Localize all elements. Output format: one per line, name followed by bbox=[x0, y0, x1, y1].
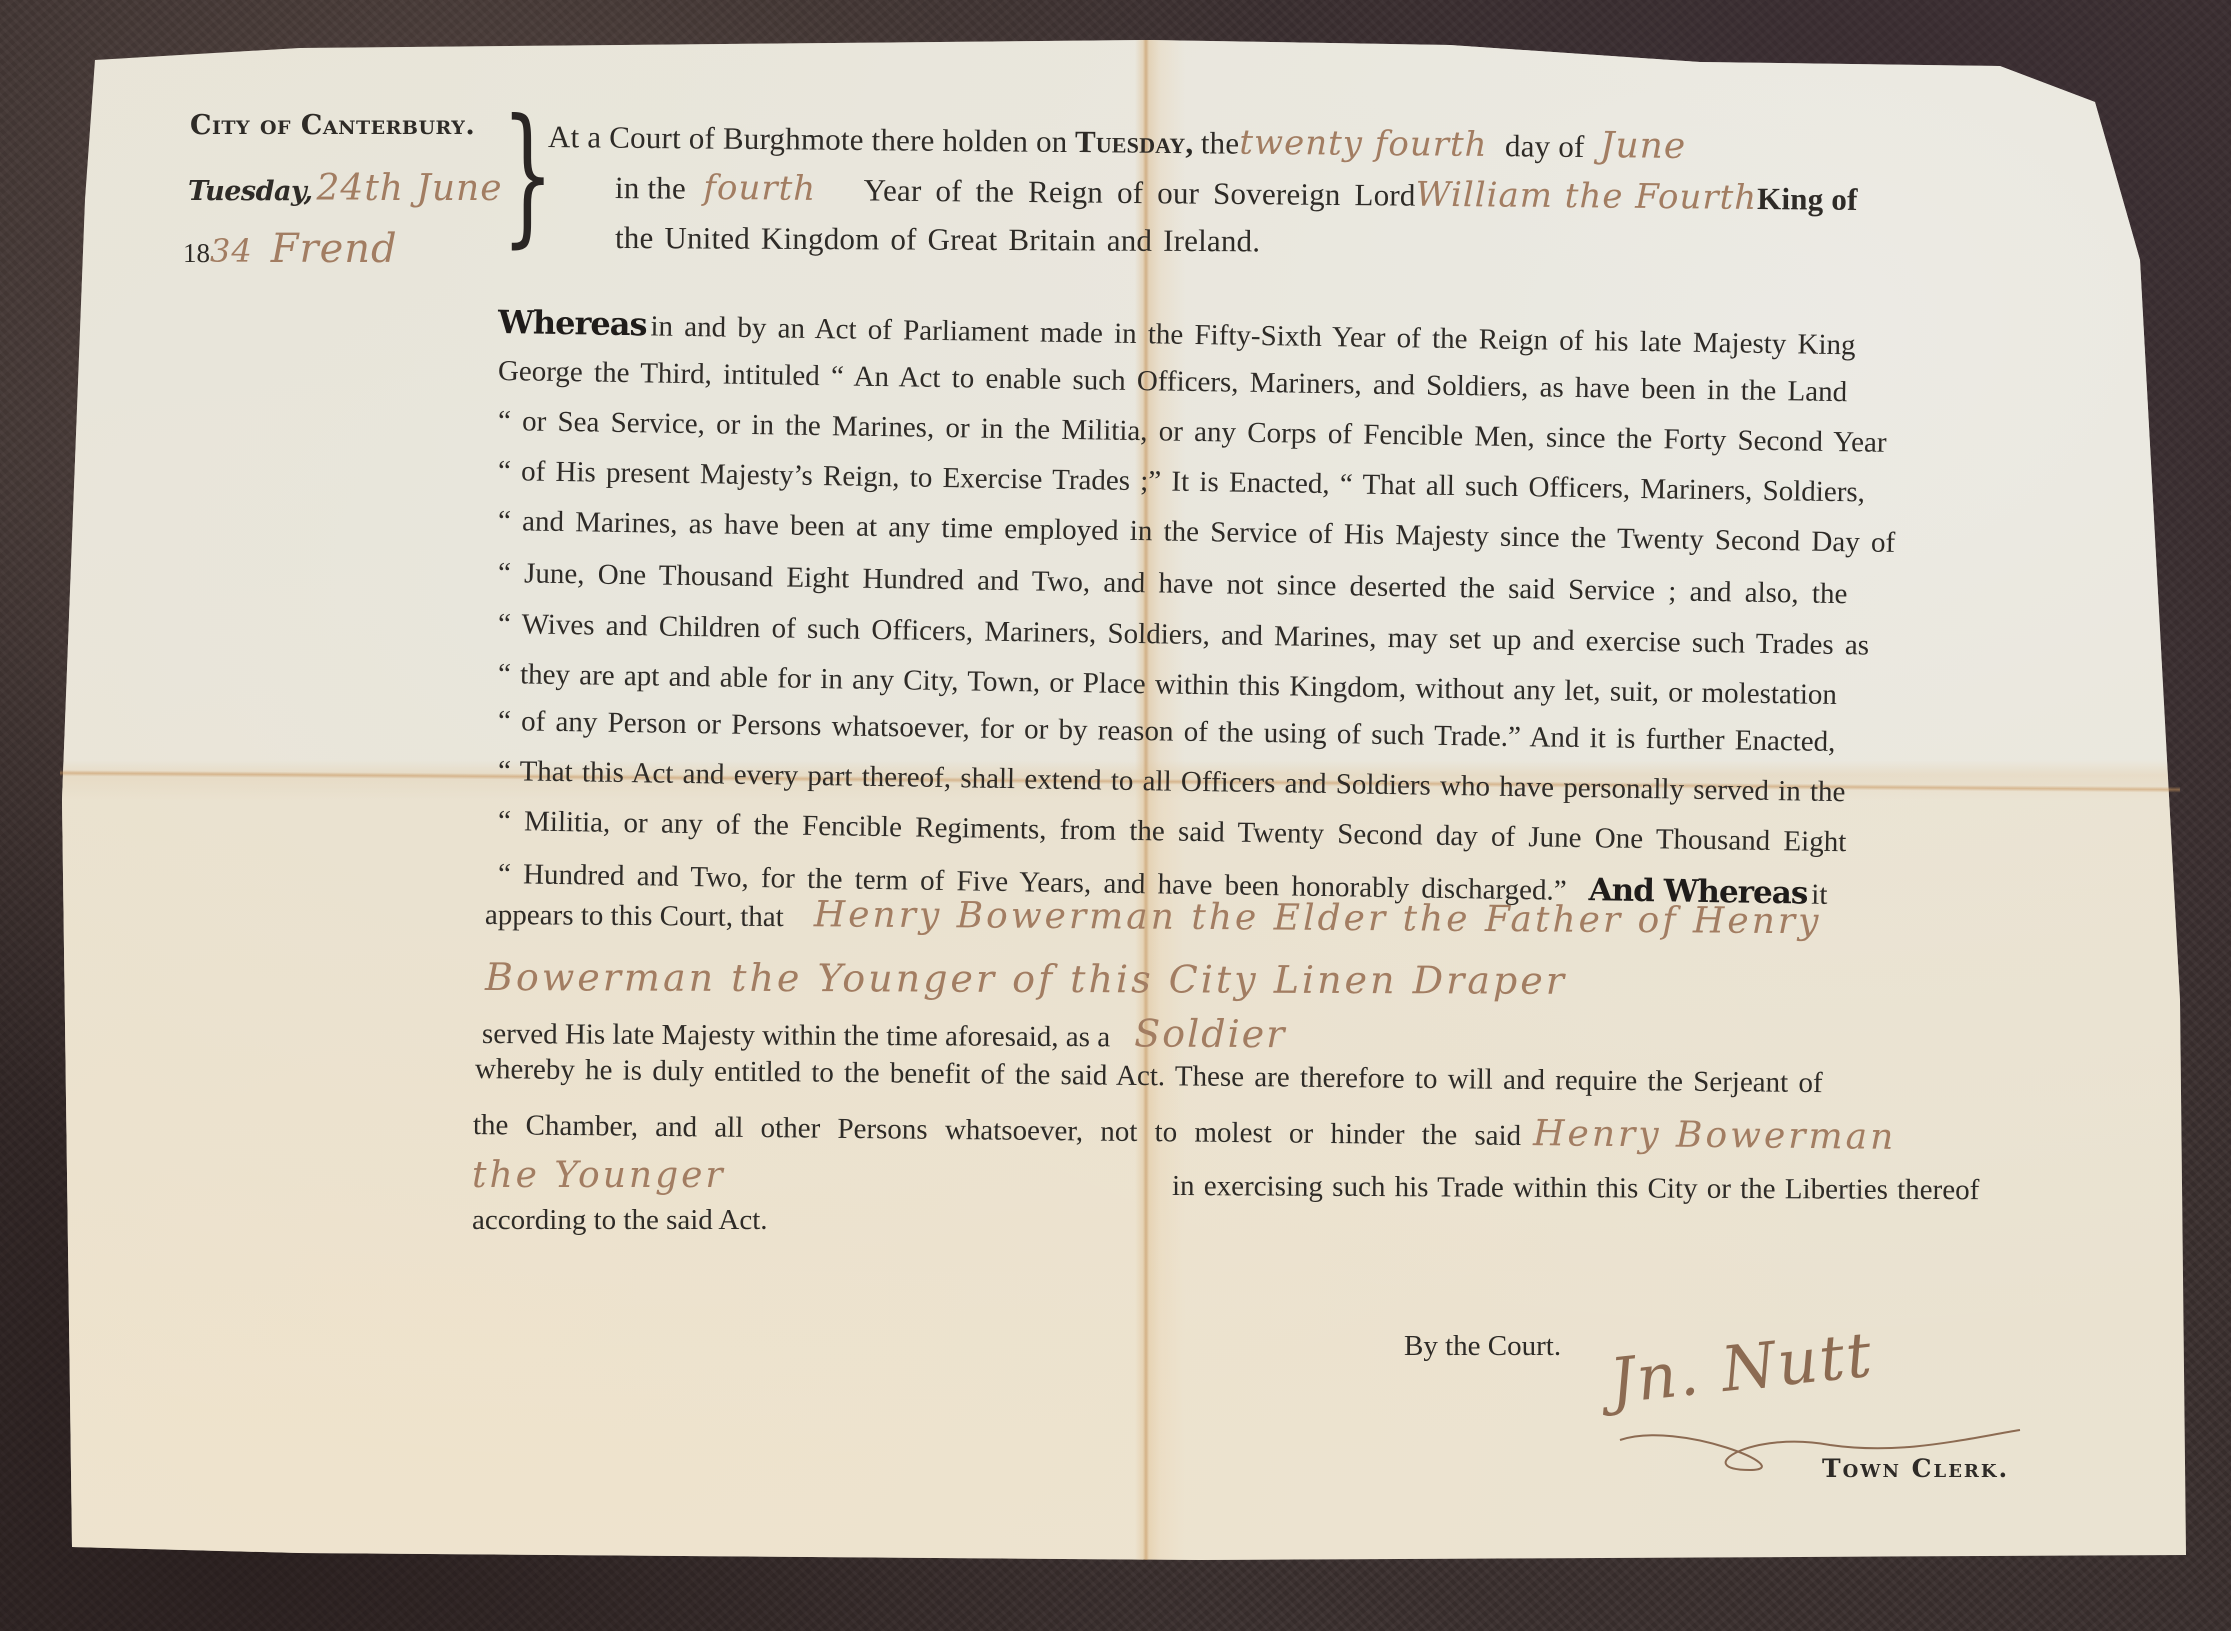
handwritten-king: William the Fourth bbox=[1415, 175, 1757, 218]
handwritten-father-name: Henry Bowerman the Elder the Father of H… bbox=[814, 894, 1822, 942]
by-the-court-text: By the Court. bbox=[1404, 1330, 1561, 1362]
by-the-court: By the Court. bbox=[1404, 1330, 1561, 1363]
body-line-7: “ Wives and Children of such Officers, M… bbox=[498, 608, 1870, 663]
year-handwritten: 34 bbox=[210, 232, 253, 270]
handwritten-name: Frend bbox=[271, 226, 398, 272]
the-word: the bbox=[1201, 125, 1240, 160]
according-line: according to the said Act. bbox=[472, 1204, 768, 1237]
header-line-3: the United Kingdom of Great Britain and … bbox=[615, 222, 1260, 257]
handwritten-date: 24th June bbox=[317, 168, 503, 209]
united-kingdom-text: the United Kingdom of Great Britain and … bbox=[615, 220, 1260, 258]
body-line-text: “ of His present Majesty’s Reign, to Exe… bbox=[498, 455, 1865, 508]
handwritten-soldier: Soldier bbox=[1134, 1011, 1286, 1056]
header-line-1: At a Court of Burghmote there holden on … bbox=[548, 118, 1686, 165]
whereby-text: whereby he is duly entitled to the benef… bbox=[475, 1053, 1823, 1099]
body-line-4: “ of His present Majesty’s Reign, to Exe… bbox=[498, 455, 1865, 509]
body-line-5: “ and Marines, as have been at any time … bbox=[498, 505, 1896, 560]
body-line-8: “ they are apt and able for in any City,… bbox=[498, 658, 1837, 712]
chamber-text: the Chamber, and all other Persons whats… bbox=[473, 1109, 1521, 1152]
day-of-text: day of bbox=[1505, 128, 1585, 164]
city-of-canterbury: City of Canterbury. bbox=[190, 110, 475, 141]
body-line-10: “ That this Act and every part thereof, … bbox=[498, 755, 1846, 809]
younger-line: the Younger bbox=[472, 1155, 726, 1196]
year-printed: 18 bbox=[183, 238, 210, 268]
body-line-text: “ That this Act and every part thereof, … bbox=[498, 755, 1846, 808]
body-line-text: “ Wives and Children of such Officers, M… bbox=[498, 608, 1870, 662]
handwritten-line-2: Bowerman the Younger of this City Linen … bbox=[485, 955, 1567, 1003]
tuesday-label: Tuesday, bbox=[188, 176, 313, 207]
reign-text: Year of the Reign of our Sovereign Lord bbox=[863, 172, 1415, 212]
body-line-text: “ or Sea Service, or in the Marines, or … bbox=[498, 405, 1887, 459]
body-line-1: Whereas in and by an Act of Parliament m… bbox=[498, 303, 1856, 362]
appears-text: appears to this Court, that bbox=[485, 899, 784, 933]
exercising-line: in exercising such his Trade within this… bbox=[1172, 1170, 1979, 1207]
whereby-line: whereby he is duly entitled to the benef… bbox=[475, 1053, 1823, 1100]
served-text: served His late Majesty within the time … bbox=[482, 1018, 1110, 1053]
document-sheet: City of Canterbury. Tuesday, 24th June 1… bbox=[0, 0, 2231, 1631]
header-line-2: in the fourth Year of the Reign of our S… bbox=[615, 170, 1858, 216]
handwritten-month: June bbox=[1600, 125, 1686, 167]
whereas-blackletter: Whereas bbox=[498, 303, 647, 343]
city-heading: City of Canterbury. bbox=[190, 110, 475, 141]
body-line-text: “ Militia, or any of the Fencible Regime… bbox=[498, 805, 1847, 858]
served-line: served His late Majesty within the time … bbox=[482, 1008, 1287, 1056]
in-the-text: in the bbox=[615, 170, 686, 206]
body-line-2: George the Third, intituled “ An Act to … bbox=[498, 355, 1848, 409]
chamber-line: the Chamber, and all other Persons whats… bbox=[473, 1102, 1897, 1158]
appears-line: appears to this Court, that Henry Bowerm… bbox=[485, 892, 1822, 942]
exercising-text: in exercising such his Trade within this… bbox=[1172, 1170, 1979, 1206]
body-line-9: “ of any Person or Persons whatsoever, f… bbox=[498, 705, 1836, 759]
according-text: according to the said Act. bbox=[472, 1204, 768, 1236]
handwritten-day: twenty fourth bbox=[1239, 123, 1488, 165]
handwritten-son-name: Henry Bowerman bbox=[1533, 1113, 1897, 1158]
body-line-text: “ they are apt and able for in any City,… bbox=[498, 658, 1837, 711]
handwritten-the-younger: the Younger bbox=[472, 1155, 726, 1196]
body-line-text: “ of any Person or Persons whatsoever, f… bbox=[498, 705, 1836, 758]
body-line-text: “ June, One Thousand Eight Hundred and T… bbox=[498, 557, 1848, 610]
handwritten-son-occupation: Bowerman the Younger of this City Linen … bbox=[485, 955, 1567, 1003]
body-line-3: “ or Sea Service, or in the Marines, or … bbox=[498, 405, 1887, 460]
town-clerk-text: Town Clerk. bbox=[1822, 1454, 2009, 1483]
brace-glyph: } bbox=[501, 100, 553, 250]
town-clerk-label: Town Clerk. bbox=[1822, 1454, 2009, 1483]
king-of-text: King of bbox=[1757, 181, 1858, 217]
body-line-11: “ Militia, or any of the Fencible Regime… bbox=[498, 805, 1847, 859]
body-line-text: George the Third, intituled “ An Act to … bbox=[498, 355, 1848, 408]
handwritten-regnal-year: fourth bbox=[703, 168, 816, 209]
tuesday-word: Tuesday, bbox=[1075, 124, 1194, 160]
header-line-1-text: At a Court of Burghmote there holden on bbox=[548, 119, 1068, 159]
body-line-6: “ June, One Thousand Eight Hundred and T… bbox=[498, 557, 1848, 611]
body-line-text: “ and Marines, as have been at any time … bbox=[498, 505, 1896, 559]
date-line: Tuesday, 24th June bbox=[188, 168, 503, 209]
body-line-text: in and by an Act of Parliament made in t… bbox=[650, 310, 1856, 361]
year-line: 1834 Frend bbox=[183, 226, 398, 272]
